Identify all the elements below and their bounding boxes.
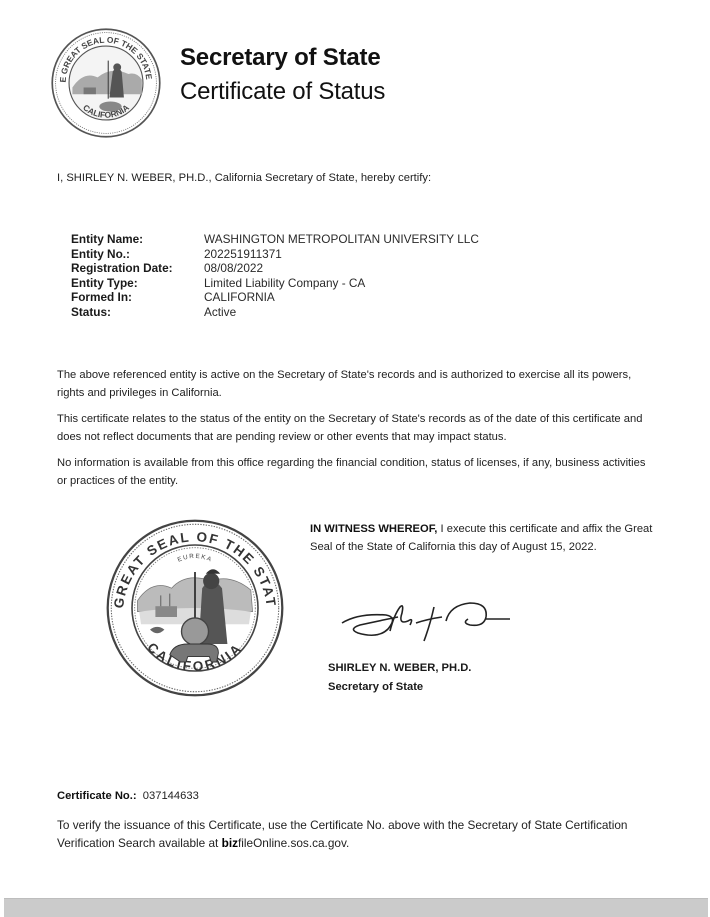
signer-name: SHIRLEY N. WEBER, PH.D. — [328, 659, 471, 678]
svg-text:EUREKA: EUREKA — [177, 553, 214, 564]
verification-instructions: To verify the issuance of this Certifica… — [57, 816, 667, 852]
registration-date-row: Registration Date: 08/08/2022 — [71, 261, 479, 276]
field-label: Status: — [71, 305, 204, 320]
registration-date-value: 08/08/2022 — [204, 261, 263, 276]
signer-title: Secretary of State — [328, 678, 471, 697]
formed-in-row: Formed In: CALIFORNIA — [71, 290, 479, 305]
status-row: Status: Active — [71, 305, 479, 320]
active-status-paragraph: The above referenced entity is active on… — [57, 367, 657, 402]
witness-lead: IN WITNESS WHEREOF, — [310, 523, 437, 535]
field-label: Entity Type: — [71, 276, 204, 291]
bizfile-link[interactable]: fileOnline.sos.ca.gov. — [238, 836, 349, 850]
page-title: Secretary of State — [180, 44, 381, 72]
bottom-toolbar — [4, 898, 708, 917]
entity-name-value: WASHINGTON METROPOLITAN UNIVERSITY LLC — [204, 232, 479, 247]
entity-type-value: Limited Liability Company - CA — [204, 276, 365, 291]
page-subtitle: Certificate of Status — [180, 78, 385, 106]
status-value: Active — [204, 305, 236, 320]
entity-details: Entity Name: WASHINGTON METROPOLITAN UNI… — [71, 232, 479, 320]
entity-type-row: Entity Type: Limited Liability Company -… — [71, 276, 479, 291]
field-label: Formed In: — [71, 290, 204, 305]
signer-block: SHIRLEY N. WEBER, PH.D. Secretary of Sta… — [328, 659, 471, 697]
certification-intro: I, SHIRLEY N. WEBER, PH.D., California S… — [57, 172, 431, 184]
entity-number-value: 202251911371 — [204, 247, 282, 262]
california-seal-icon: THE GREAT SEAL OF THE STATE OF CALIFORNI… — [50, 27, 162, 139]
witness-statement: IN WITNESS WHEREOF, I execute this certi… — [310, 521, 655, 556]
entity-number-row: Entity No.: 202251911371 — [71, 247, 479, 262]
formed-in-value: CALIFORNIA — [204, 290, 275, 305]
certificate-number: Certificate No.: 037144633 — [57, 790, 199, 802]
field-label: Registration Date: — [71, 261, 204, 276]
signature-icon — [338, 595, 513, 645]
financial-disclaimer-paragraph: No information is available from this of… — [57, 455, 657, 490]
bizfile-brand-bold: biz — [222, 836, 238, 850]
certificate-number-label: Certificate No.: — [57, 790, 137, 802]
entity-name-row: Entity Name: WASHINGTON METROPOLITAN UNI… — [71, 232, 479, 247]
records-disclaimer-paragraph: This certificate relates to the status o… — [57, 411, 657, 446]
field-label: Entity No.: — [71, 247, 204, 262]
certificate-number-value: 037144633 — [143, 790, 199, 802]
field-label: Entity Name: — [71, 232, 204, 247]
great-seal-of-california-icon: THE GREAT SEAL OF THE STATE OF CALIFORNI… — [105, 518, 285, 698]
